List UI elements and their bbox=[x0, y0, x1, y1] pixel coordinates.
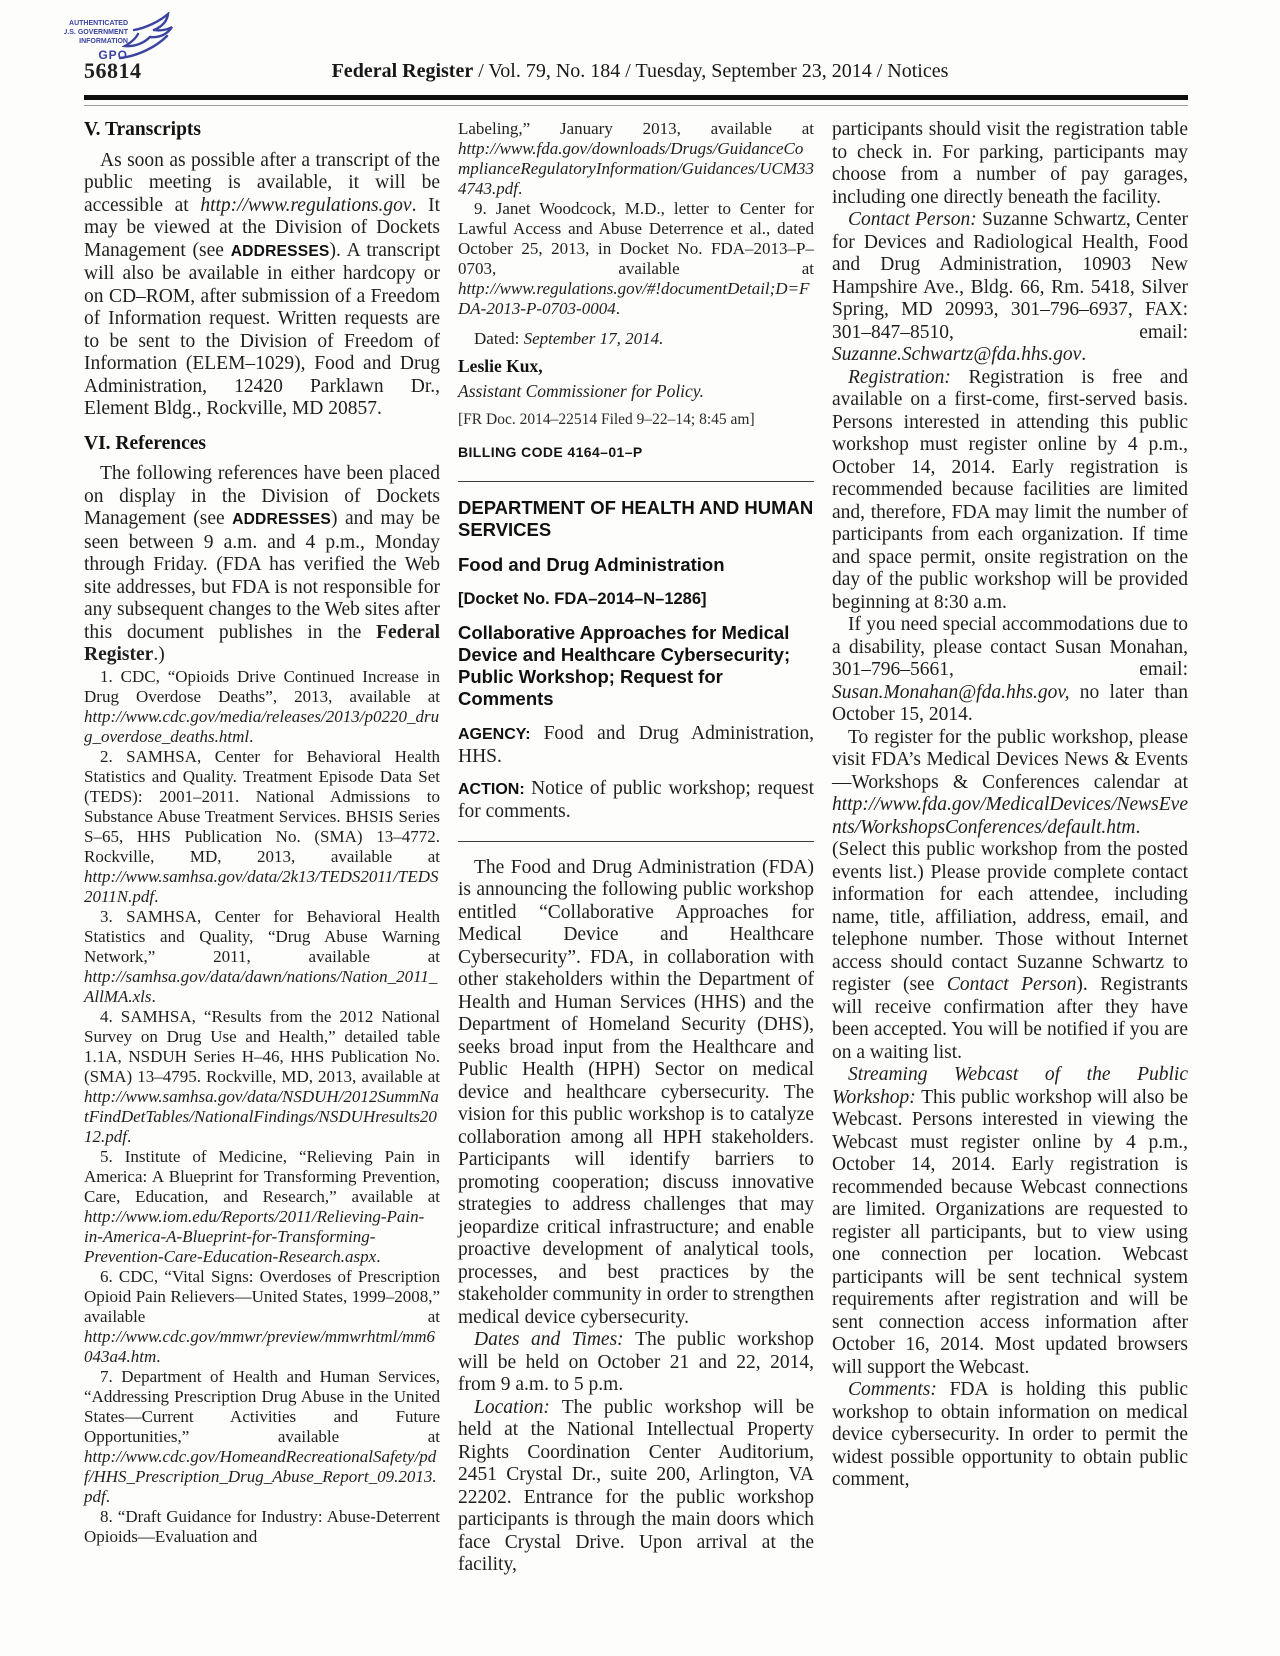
text-segment: Labeling,” January 2013, available at bbox=[458, 119, 814, 138]
reference-item-1: 1. CDC, “Opioids Drive Continued Increas… bbox=[84, 667, 440, 747]
header-rule-thin bbox=[84, 105, 1188, 106]
text-segment: Food and Drug Administration bbox=[458, 554, 725, 575]
text-segment: http://www.cdc.gov/HomeandRecreationalSa… bbox=[84, 1447, 437, 1506]
text-segment: The public workshop will be held at the … bbox=[458, 1397, 814, 1576]
column-1: V. TranscriptsAs soon as possible after … bbox=[84, 119, 440, 1547]
text-segment: http://www.regulations.gov/#!documentDet… bbox=[458, 279, 809, 318]
reference-item-5: 5. Institute of Medicine, “Relieving Pai… bbox=[84, 1147, 440, 1267]
text-segment: . bbox=[249, 727, 253, 746]
header-rule-thick bbox=[84, 95, 1188, 100]
text-segment: 1. CDC, “Opioids Drive Continued Increas… bbox=[84, 667, 440, 706]
text-segment: Susan.Monahan@fda.hhs.gov, bbox=[832, 682, 1070, 703]
accommodations-paragraph: If you need special accommodations due t… bbox=[832, 614, 1188, 727]
text-segment: 9. Janet Woodcock, M.D., letter to Cente… bbox=[458, 199, 814, 278]
section-heading-transcripts: V. Transcripts bbox=[84, 119, 440, 142]
location-paragraph: Location: The public workshop will be he… bbox=[458, 1397, 814, 1577]
logo-line-3: INFORMATION bbox=[79, 38, 128, 45]
reference-item-3: 3. SAMHSA, Center for Behavioral Health … bbox=[84, 907, 440, 1007]
text-segment: [Docket No. FDA–2014–N–1286] bbox=[458, 590, 707, 608]
text-segment: ADDRESSES bbox=[231, 243, 330, 260]
text-segment: . bbox=[127, 1127, 131, 1146]
text-segment: If you need special accommodations due t… bbox=[832, 614, 1188, 680]
text-segment: [FR Doc. 2014–22514 Filed 9–22–14; 8:45 … bbox=[458, 411, 755, 428]
text-segment: 5. Institute of Medicine, “Relieving Pai… bbox=[84, 1147, 440, 1206]
webcast-paragraph: Streaming Webcast of the Public Workshop… bbox=[832, 1064, 1188, 1379]
text-segment: Assistant Commissioner for Policy. bbox=[458, 381, 704, 401]
text-segment: 6. CDC, “Vital Signs: Overdoses of Presc… bbox=[84, 1267, 440, 1326]
text-segment: To register for the public workshop, ple… bbox=[832, 727, 1188, 793]
signature-name: Leslie Kux, bbox=[458, 355, 814, 378]
reference-item-8-continued: Labeling,” January 2013, available at ht… bbox=[458, 119, 814, 199]
text-segment: Location: bbox=[474, 1397, 562, 1418]
header-title-journal: Federal Register bbox=[332, 60, 474, 82]
section-rule bbox=[458, 841, 814, 842]
agency-heading: Food and Drug Administration bbox=[458, 554, 814, 576]
text-segment: The Food and Drug Administration (FDA) i… bbox=[458, 857, 814, 1328]
billing-code: BILLING CODE 4164–01–P bbox=[458, 441, 814, 464]
text-segment: Suzanne.Schwartz@fda.hhs.gov bbox=[832, 344, 1081, 365]
body-paragraph: The following references have been place… bbox=[84, 463, 440, 667]
text-segment: Registration: bbox=[848, 367, 968, 388]
text-segment: DEPARTMENT OF HEALTH AND HUMAN SERVICES bbox=[458, 497, 813, 540]
registration-paragraph: Registration: Registration is free and a… bbox=[832, 367, 1188, 615]
text-segment: ACTION: bbox=[458, 781, 531, 798]
text-segment: . bbox=[106, 1487, 110, 1506]
text-segment: ADDRESSES bbox=[232, 511, 331, 528]
text-segment: http://www.cdc.gov/media/releases/2013/p… bbox=[84, 707, 439, 746]
text-segment: 7. Department of Health and Human Servic… bbox=[84, 1367, 440, 1446]
text-segment: . bbox=[518, 179, 522, 198]
body-paragraph: The Food and Drug Administration (FDA) i… bbox=[458, 857, 814, 1330]
reference-item-2: 2. SAMHSA, Center for Behavioral Health … bbox=[84, 747, 440, 907]
document-separator-rule bbox=[458, 481, 814, 482]
location-paragraph-continued: participants should visit the registrati… bbox=[832, 119, 1188, 209]
reference-item-9: 9. Janet Woodcock, M.D., letter to Cente… bbox=[458, 199, 814, 319]
section-heading-references: VI. References bbox=[84, 433, 440, 456]
reference-item-6: 6. CDC, “Vital Signs: Overdoses of Presc… bbox=[84, 1267, 440, 1367]
text-segment: http://www.samhsa.gov/data/2k13/TEDS2011… bbox=[84, 867, 439, 906]
column-2: Labeling,” January 2013, available at ht… bbox=[458, 119, 814, 1577]
text-segment: AGENCY: bbox=[458, 726, 544, 743]
reference-item-8: 8. “Draft Guidance for Industry: Abuse-D… bbox=[84, 1507, 440, 1547]
logo-line-1: AUTHENTICATED bbox=[69, 20, 128, 27]
text-segment: http://www.iom.edu/Reports/2011/Relievin… bbox=[84, 1207, 424, 1266]
header-title: Federal Register / Vol. 79, No. 184 / Tu… bbox=[0, 60, 1280, 83]
register-online-paragraph: To register for the public workshop, ple… bbox=[832, 727, 1188, 1065]
dates-and-times-paragraph: Dates and Times: The public workshop wil… bbox=[458, 1329, 814, 1397]
text-segment: . bbox=[152, 987, 156, 1006]
text-segment: http://www.samhsa.gov/data/NSDUH/2012Sum… bbox=[84, 1087, 439, 1146]
text-segment: Dated: bbox=[474, 329, 524, 348]
agency-line: AGENCY: Food and Drug Administration, HH… bbox=[458, 723, 814, 769]
fr-doc-line: [FR Doc. 2014–22514 Filed 9–22–14; 8:45 … bbox=[458, 410, 814, 429]
reference-item-4: 4. SAMHSA, “Results from the 2012 Nation… bbox=[84, 1007, 440, 1147]
header-title-issue: / Vol. 79, No. 184 / Tuesday, September … bbox=[473, 60, 948, 82]
text-columns: V. TranscriptsAs soon as possible after … bbox=[84, 119, 1188, 1577]
text-segment: Contact Person bbox=[947, 974, 1077, 995]
text-segment: .) bbox=[153, 644, 164, 665]
text-segment: http://www.cdc.gov/mmwr/preview/mmwrhtml… bbox=[84, 1327, 435, 1366]
comments-paragraph: Comments: FDA is holding this public wor… bbox=[832, 1379, 1188, 1492]
text-segment: participants should visit the registrati… bbox=[832, 119, 1188, 208]
text-segment: . bbox=[376, 1247, 380, 1266]
text-segment: Contact Person: bbox=[848, 209, 982, 230]
text-segment: VI. References bbox=[84, 433, 206, 454]
body-paragraph: As soon as possible after a transcript o… bbox=[84, 150, 440, 421]
text-segment: http://samhsa.gov/data/dawn/nations/Nati… bbox=[84, 967, 437, 1006]
document-title: Collaborative Approaches for Medical Dev… bbox=[458, 622, 814, 710]
text-segment: Collaborative Approaches for Medical Dev… bbox=[458, 622, 790, 709]
signature-title: Assistant Commissioner for Policy. bbox=[458, 380, 814, 403]
contact-person-paragraph: Contact Person: Suzanne Schwartz, Center… bbox=[832, 209, 1188, 367]
text-segment: This public workshop will also be Webcas… bbox=[832, 1087, 1188, 1378]
text-segment: 3. SAMHSA, Center for Behavioral Health … bbox=[84, 907, 440, 966]
text-segment: Dates and Times: bbox=[474, 1329, 635, 1350]
text-segment: . bbox=[616, 299, 620, 318]
text-segment: Registration is free and available on a … bbox=[832, 367, 1188, 613]
text-segment: ). A transcript will also be available i… bbox=[84, 240, 440, 420]
department-heading: DEPARTMENT OF HEALTH AND HUMAN SERVICES bbox=[458, 497, 814, 541]
text-segment: 2. SAMHSA, Center for Behavioral Health … bbox=[84, 747, 440, 866]
action-line: ACTION: Notice of public workshop; reque… bbox=[458, 778, 814, 824]
text-segment: http://www.regulations.gov bbox=[200, 195, 411, 216]
federal-register-page: AUTHENTICATED U.S. GOVERNMENT INFORMATIO… bbox=[0, 0, 1280, 1656]
dated-line: Dated: September 17, 2014. bbox=[458, 329, 814, 349]
text-segment: . bbox=[1081, 344, 1086, 365]
column-3: participants should visit the registrati… bbox=[832, 119, 1188, 1492]
text-segment: Comments: bbox=[848, 1379, 950, 1400]
reference-item-7: 7. Department of Health and Human Servic… bbox=[84, 1367, 440, 1507]
text-segment: . bbox=[154, 887, 158, 906]
text-segment: V. Transcripts bbox=[84, 119, 201, 140]
docket-number: [Docket No. FDA–2014–N–1286] bbox=[458, 589, 814, 609]
text-segment: http://www.fda.gov/downloads/Drugs/Guida… bbox=[458, 139, 814, 198]
text-segment: . (Select this public workshop from the … bbox=[832, 817, 1188, 996]
text-segment: 4. SAMHSA, “Results from the 2012 Nation… bbox=[84, 1007, 440, 1086]
text-segment: . bbox=[156, 1347, 160, 1366]
text-segment: Leslie Kux, bbox=[458, 356, 543, 376]
text-segment: 8. “Draft Guidance for Industry: Abuse-D… bbox=[84, 1507, 440, 1546]
text-segment: September 17, 2014. bbox=[524, 329, 664, 348]
logo-line-2: U.S. GOVERNMENT bbox=[64, 29, 129, 36]
text-segment: BILLING CODE 4164–01–P bbox=[458, 444, 643, 460]
